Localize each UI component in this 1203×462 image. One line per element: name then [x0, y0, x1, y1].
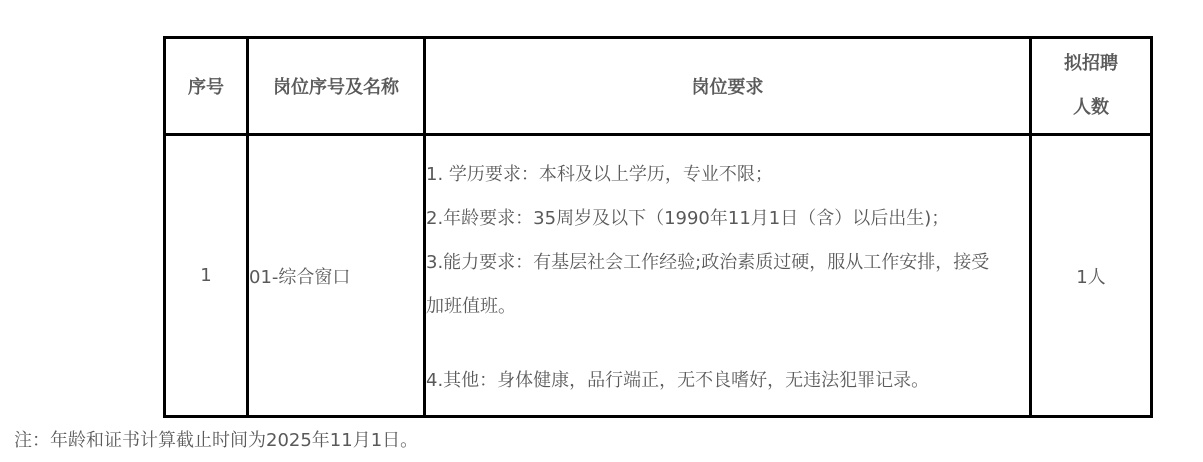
row-quota: 1人 [1031, 135, 1152, 417]
requirement-ability: 3.能力要求：有基层社会工作经验;政治素质过硬，服从工作安排，接受加班值班。 [426, 241, 1006, 329]
requirement-age: 2.年龄要求：35周岁及以下（1990年11月1日（含）以后出生)； [426, 197, 1029, 241]
footnote: 注：年龄和证书计算截止时间为2025年11月1日。 [14, 426, 418, 456]
table-row: 1 01-综合窗口 1. 学历要求：本科及以上学历，专业不限； 2.年龄要求：3… [165, 135, 1152, 417]
header-quota-line1: 拟招聘 [1032, 42, 1150, 86]
row-index: 1 [165, 135, 248, 417]
requirement-other: 4.其他：身体健康，品行端正，无不良嗜好，无违法犯罪记录。 [426, 359, 1029, 403]
header-quota-line2: 人数 [1032, 86, 1150, 130]
requirement-education: 1. 学历要求：本科及以上学历，专业不限； [426, 153, 1029, 197]
recruitment-table: 序号 岗位序号及名称 岗位要求 拟招聘 人数 1 01-综合窗口 1. 学历要求… [163, 36, 1153, 418]
recruitment-table-container: 序号 岗位序号及名称 岗位要求 拟招聘 人数 1 01-综合窗口 1. 学历要求… [163, 36, 1150, 418]
header-quota: 拟招聘 人数 [1031, 38, 1152, 135]
row-requirements: 1. 学历要求：本科及以上学历，专业不限； 2.年龄要求：35周岁及以下（199… [425, 135, 1031, 417]
table-header-row: 序号 岗位序号及名称 岗位要求 拟招聘 人数 [165, 38, 1152, 135]
header-position: 岗位序号及名称 [248, 38, 425, 135]
requirement-spacer [426, 329, 1029, 359]
header-requirements: 岗位要求 [425, 38, 1031, 135]
row-position: 01-综合窗口 [248, 135, 425, 417]
header-index: 序号 [165, 38, 248, 135]
